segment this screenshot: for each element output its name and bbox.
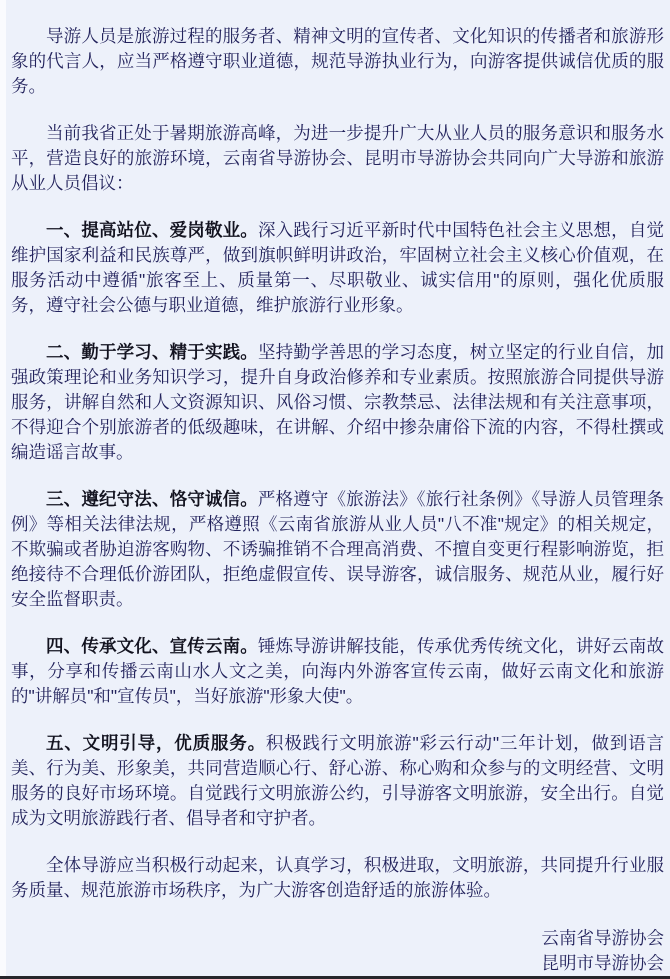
paragraph-item-5: 五、文明引导，优质服务。积极践行文明旅游"彩云行动"三年计划，做到语言美、行为美… bbox=[11, 731, 664, 831]
signature-yunnan-guide-association: 云南省导游协会 bbox=[11, 926, 664, 951]
paragraph-context: 当前我省正处于暑期旅游高峰，为进一步提升广大从业人员的服务意识和服务水平，营造良… bbox=[11, 121, 664, 196]
section-heading: 四、传承文化、宣传云南。 bbox=[46, 636, 258, 656]
paragraph-closing: 全体导游应当积极行动起来，认真学习，积极进取，文明旅游，共同提升行业服务质量、规… bbox=[11, 853, 664, 903]
section-heading: 五、文明引导，优质服务。 bbox=[46, 733, 266, 753]
section-heading: 三、遵纪守法、恪守诚信。 bbox=[46, 489, 258, 509]
paragraph-item-1: 一、提高站位、爱岗敬业。深入践行习近平新时代中国特色社会主义思想，自觉维护国家利… bbox=[11, 218, 664, 318]
paragraph-text: 导游人员是旅游过程的服务者、精神文明的宣传者、文化知识的传播者和旅游形象的代言人… bbox=[11, 26, 664, 96]
paragraph-item-2: 二、勤于学习、精于实践。坚持勤学善思的学习态度，树立坚定的行业自信，加强政策理论… bbox=[11, 340, 664, 465]
document-body: 导游人员是旅游过程的服务者、精神文明的宣传者、文化知识的传播者和旅游形象的代言人… bbox=[6, 0, 670, 976]
signature-block: 云南省导游协会 昆明市导游协会 bbox=[11, 926, 664, 976]
paragraph-text: 全体导游应当积极行动起来，认真学习，积极进取，文明旅游，共同提升行业服务质量、规… bbox=[11, 855, 664, 900]
paragraph-item-4: 四、传承文化、宣传云南。锤炼导游讲解技能，传承优秀传统文化，讲好云南故事，分享和… bbox=[11, 634, 664, 709]
paragraph-item-3: 三、遵纪守法、恪守诚信。严格遵守《旅游法》《旅行社条例》《导游人员管理条例》等相… bbox=[11, 487, 664, 612]
paragraph-intro: 导游人员是旅游过程的服务者、精神文明的宣传者、文化知识的传播者和旅游形象的代言人… bbox=[11, 24, 664, 99]
section-heading: 一、提高站位、爱岗敬业。 bbox=[46, 220, 258, 240]
signature-kunming-guide-association: 昆明市导游协会 bbox=[11, 951, 664, 976]
section-heading: 二、勤于学习、精于实践。 bbox=[46, 342, 258, 362]
paragraph-text: 当前我省正处于暑期旅游高峰，为进一步提升广大从业人员的服务意识和服务水平，营造良… bbox=[11, 123, 664, 193]
